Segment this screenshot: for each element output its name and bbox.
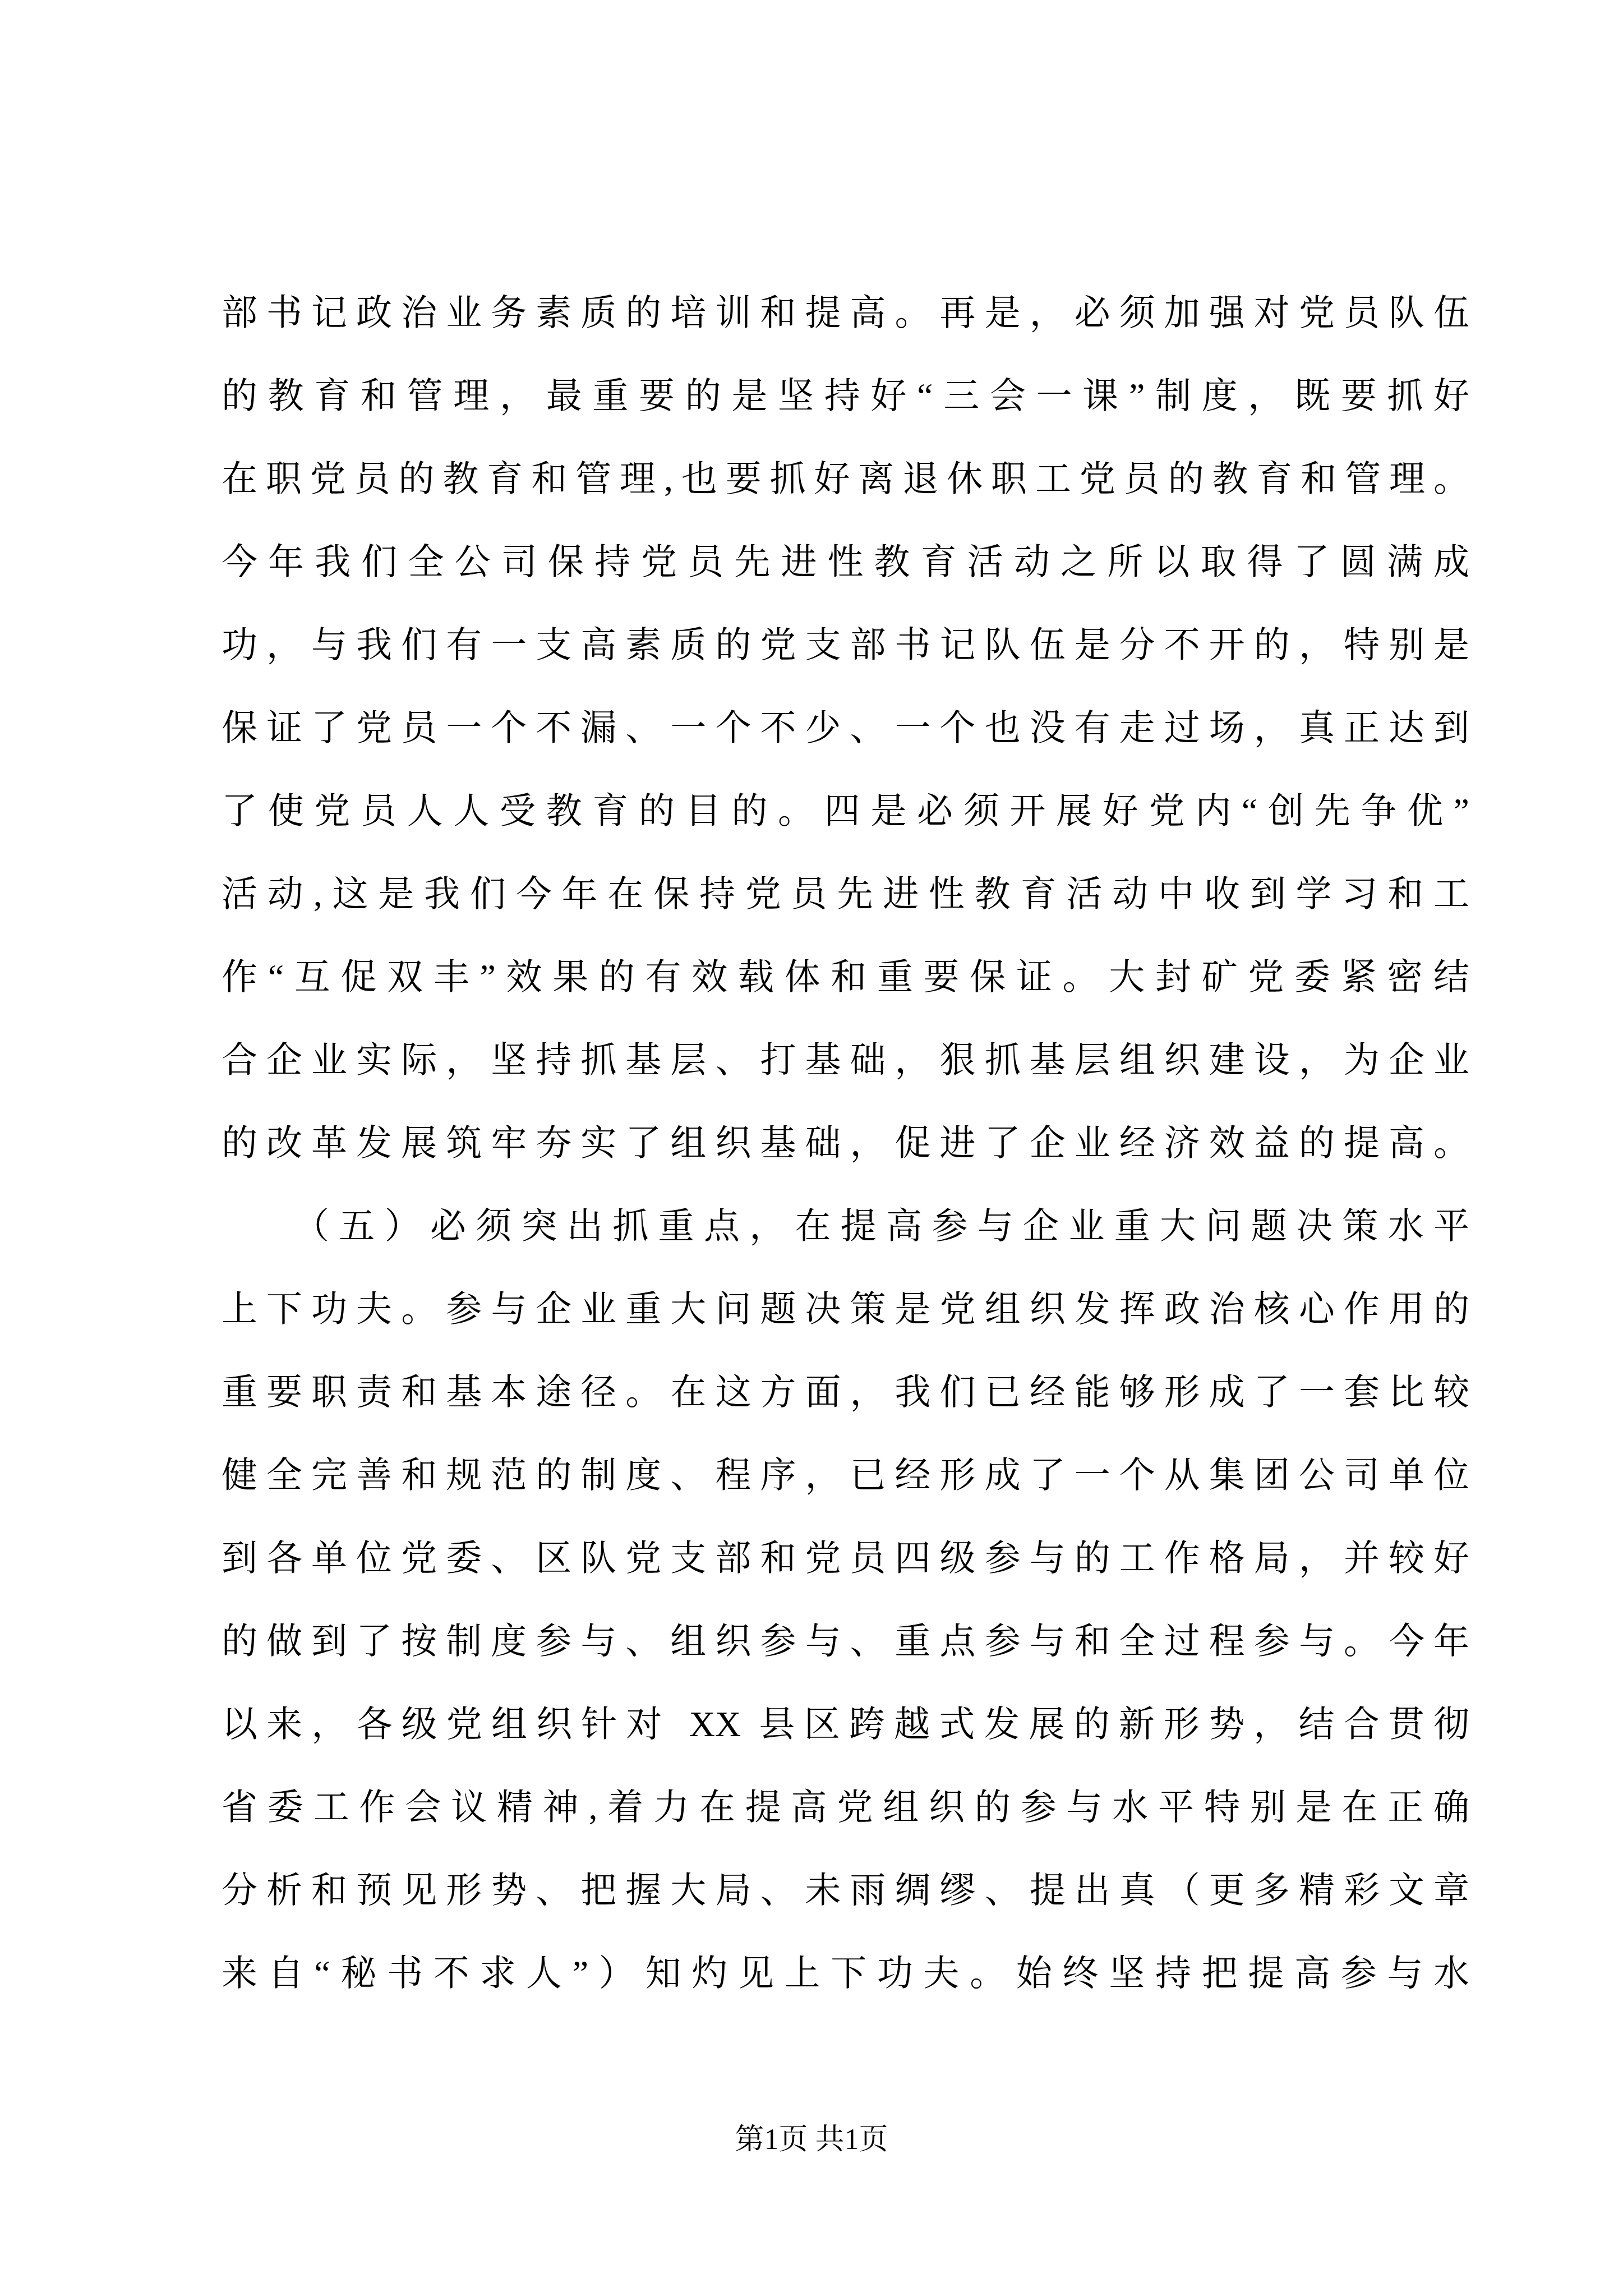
text-line: 今年我们全公司保持党员先进性教育活动之所以取得了圆满成 [222,521,1469,604]
text-line: 的做到了按制度参与、组织参与、重点参与和全过程参与。今年 [222,1600,1469,1683]
text-line: 部书记政治业务素质的培训和提高。再是，必须加强对党员队伍 [222,272,1469,355]
text-line: 合企业实际，坚持抓基层、打基础，狠抓基层组织建设，为企业 [222,1019,1469,1102]
document-page: 部书记政治业务素质的培训和提高。再是，必须加强对党员队伍 的教育和管理，最重要的… [0,0,1623,2296]
document-body: 部书记政治业务素质的培训和提高。再是，必须加强对党员队伍 的教育和管理，最重要的… [222,272,1469,2015]
text-line: 活动,这是我们今年在保持党员先进性教育活动中收到学习和工 [222,853,1469,936]
text-line-paragraph-start: （五）必须突出抓重点，在提高参与企业重大问题决策水平 [222,1185,1469,1268]
text-line: 保证了党员一个不漏、一个不少、一个也没有走过场，真正达到 [222,687,1469,770]
page-footer: 第1页 共1页 [0,2118,1623,2162]
page-indicator: 第1页 共1页 [735,2124,888,2156]
text-line: 省委工作会议精神,着力在提高党组织的参与水平特别是在正确 [222,1766,1469,1849]
text-line: 重要职责和基本途径。在这方面，我们已经能够形成了一套比较 [222,1351,1469,1434]
text-line: 功，与我们有一支高素质的党支部书记队伍是分不开的，特别是 [222,604,1469,687]
text-line: 在职党员的教育和管理,也要抓好离退休职工党员的教育和管理。 [222,438,1469,521]
text-line: 分析和预见形势、把握大局、未雨绸缪、提出真（更多精彩文章 [222,1849,1469,1932]
text-line: 以来，各级党组织针对 XX 县区跨越式发展的新形势，结合贯彻 [222,1683,1469,1766]
text-line: 的教育和管理，最重要的是坚持好“三会一课”制度，既要抓好 [222,355,1469,438]
text-line: 的改革发展筑牢夯实了组织基础，促进了企业经济效益的提高。 [222,1102,1469,1185]
text-line: 了使党员人人受教育的目的。四是必须开展好党内“创先争优” [222,770,1469,853]
text-line: 来自“秘书不求人”）知灼见上下功夫。始终坚持把提高参与水 [222,1932,1469,2015]
text-line: 健全完善和规范的制度、程序，已经形成了一个从集团公司单位 [222,1434,1469,1517]
text-line: 上下功夫。参与企业重大问题决策是党组织发挥政治核心作用的 [222,1268,1469,1351]
text-line: 作“互促双丰”效果的有效载体和重要保证。大封矿党委紧密结 [222,936,1469,1019]
text-line: 到各单位党委、区队党支部和党员四级参与的工作格局，并较好 [222,1517,1469,1600]
